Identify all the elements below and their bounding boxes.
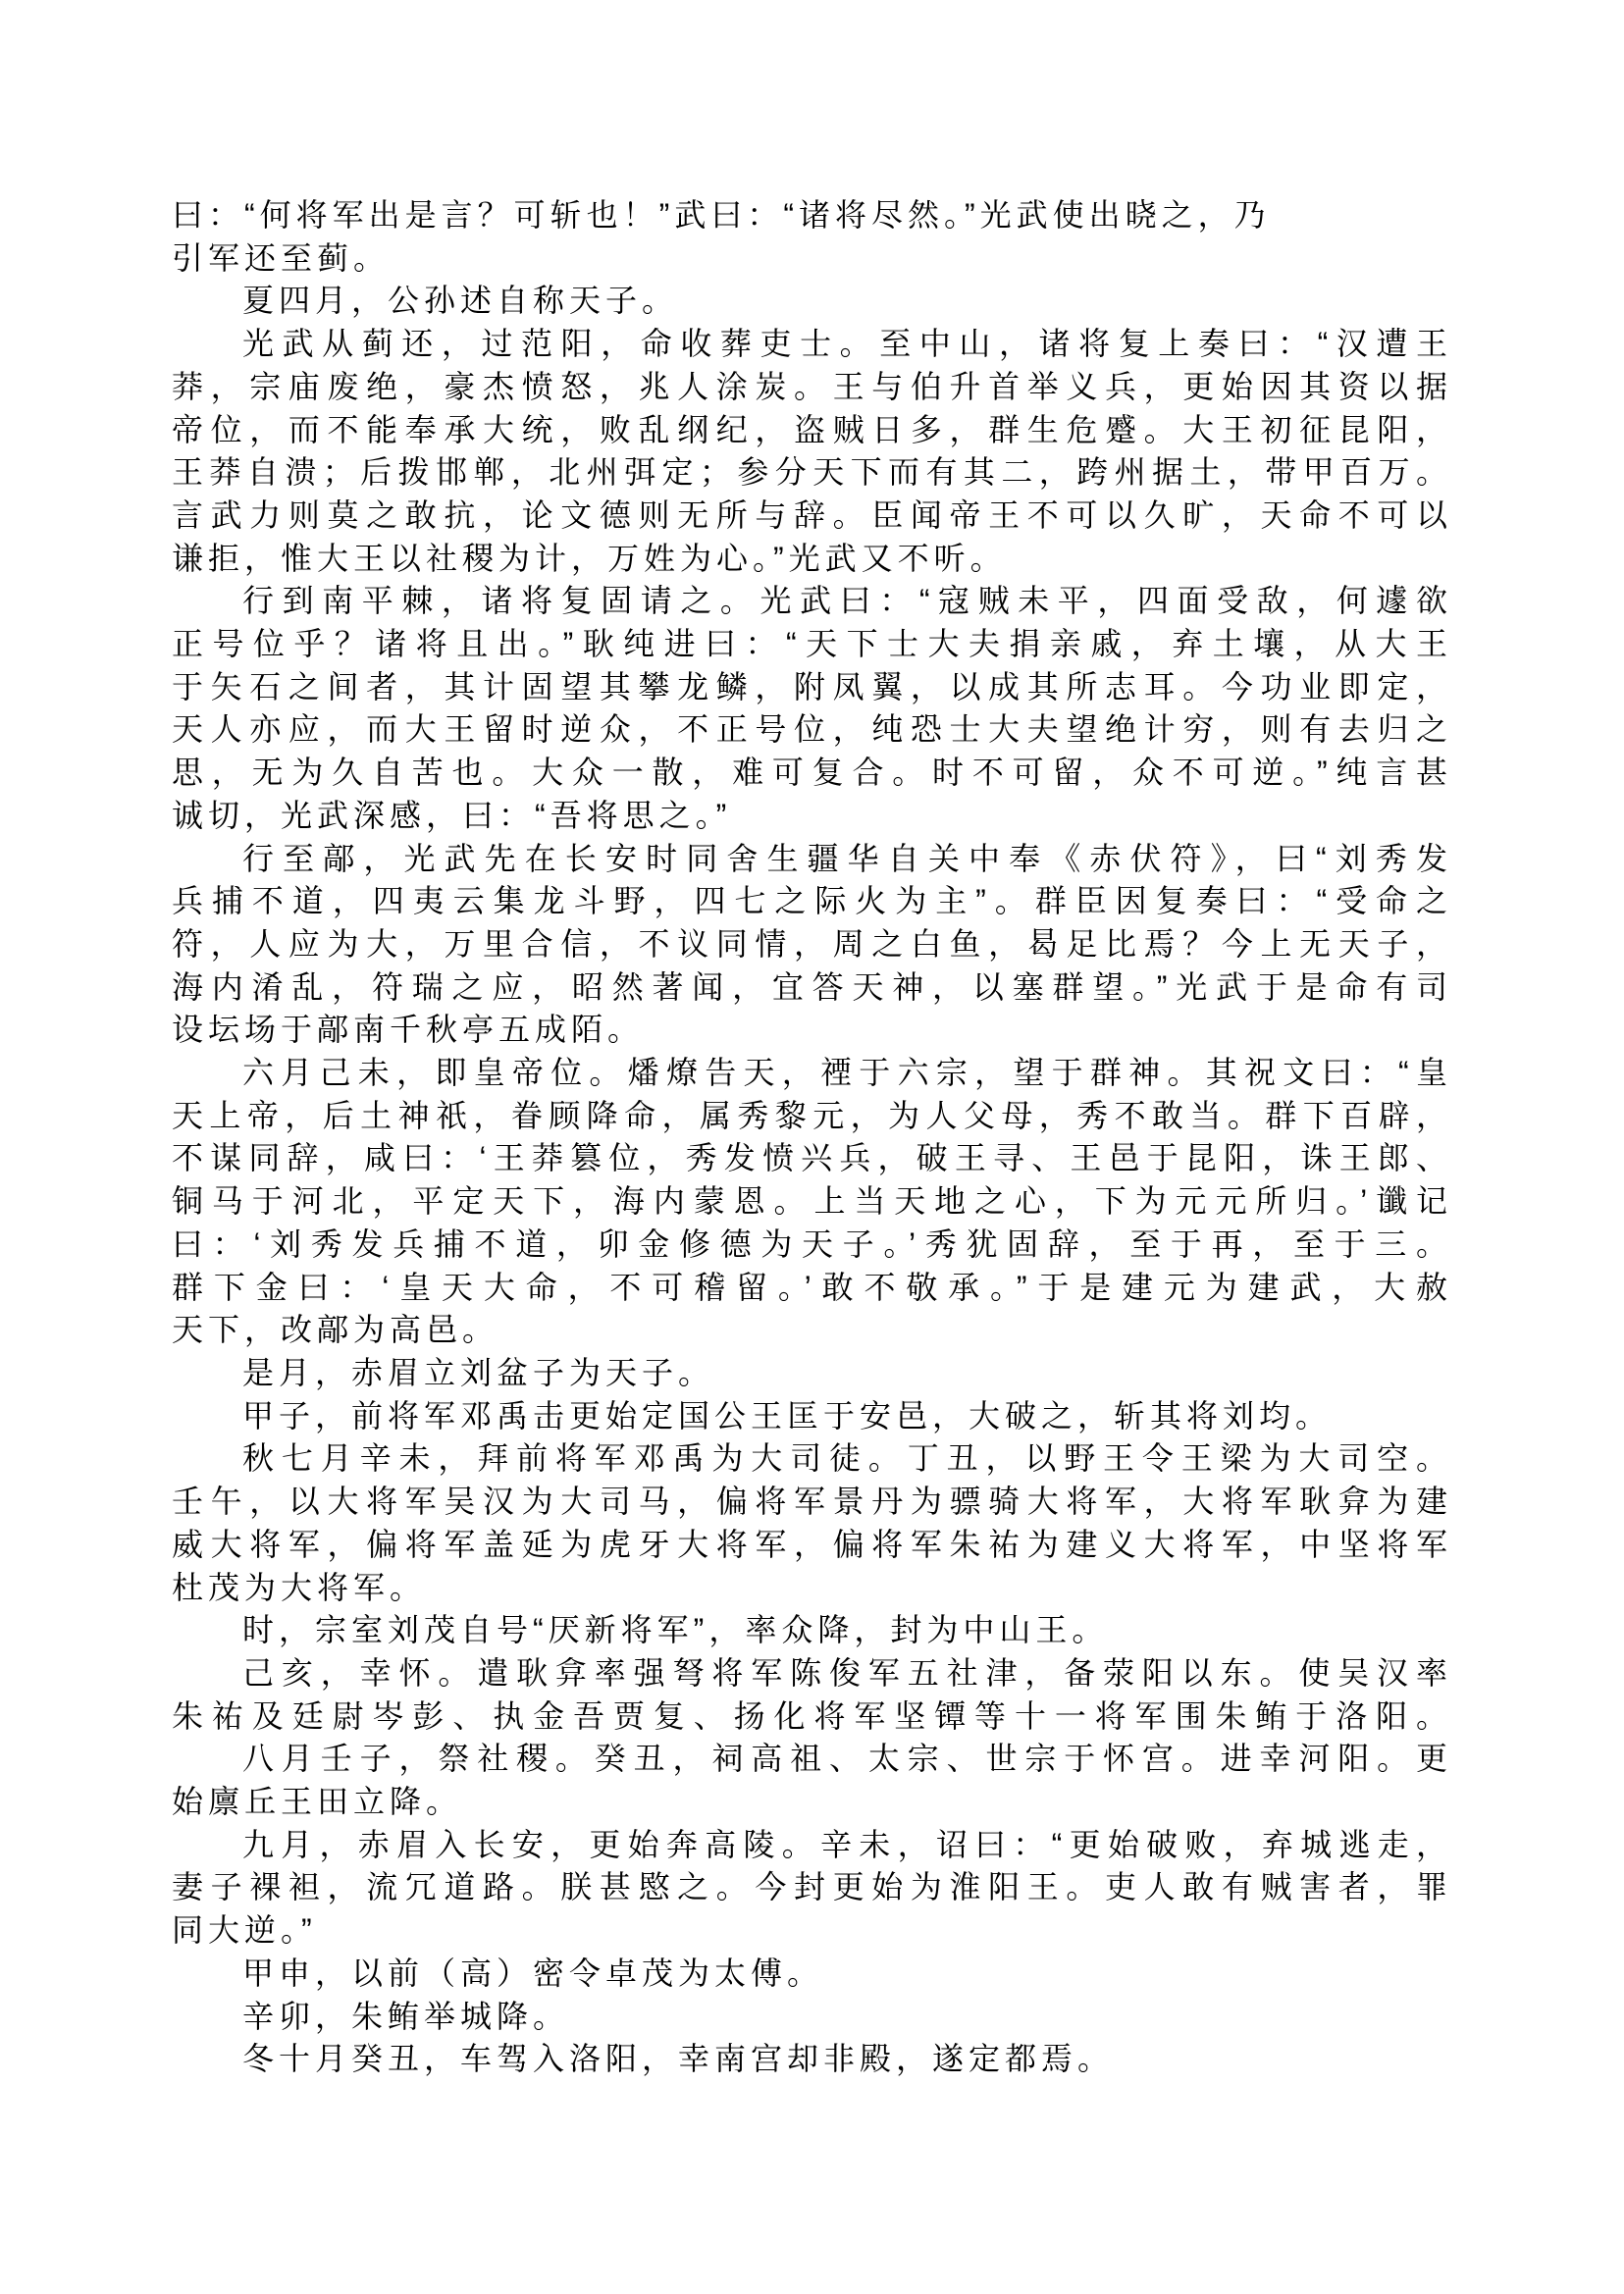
text-line: 天上帝，后土神祇，眷顾降命，属秀黎元，为人父母，秀不敢当。群下百辟， [172,1095,1452,1138]
text-line: 谦拒，惟大王以社稷为计，万姓为心。”光武又不听。 [172,538,1452,581]
text-line: 言武力则莫之敢抗，论文德则无所与辞。臣闻帝王不可以久旷，天命不可以 [172,495,1452,538]
text-line: 曰：“何将军出是言？可斩也！”武曰：“诸将尽然。”光武使出晓之，乃 [172,194,1452,237]
text-line: 于矢石之间者，其计固望其攀龙鳞，附凤翼，以成其所志耳。今功业即定， [172,666,1452,709]
text-line: 是月，赤眉立刘盆子为天子。 [172,1352,1452,1395]
text-line: 王莽自溃；后拨邯郸，北州弭定；参分天下而有其二，跨州据土，带甲百万。 [172,451,1452,495]
text-line: 天人亦应，而大王留时逆众，不正号位，纯恐士大夫望绝计穷，则有去归之 [172,708,1452,752]
text-line: 帝位，而不能奉承大统，败乱纲纪，盗贼日多，群生危蹙。大王初征昆阳， [172,409,1452,452]
text-line: 冬十月癸丑，车驾入洛阳，幸南宫却非殿，遂定都焉。 [172,2038,1452,2081]
text-line: 杜茂为大将军。 [172,1567,1452,1610]
text-line: 甲子，前将军邓禹击更始定国公王匡于安邑，大破之，斩其将刘均。 [172,1395,1452,1438]
text-line: 九月，赤眉入长安，更始奔高陵。辛未，诏曰：“更始破败，弃城逃走， [172,1824,1452,1867]
text-line: 思，无为久自苦也。大众一散，难可复合。时不可留，众不可逆。”纯言甚 [172,752,1452,795]
text-line: 秋七月辛未，拜前将军邓禹为大司徒。丁丑，以野王令王梁为大司空。 [172,1437,1452,1481]
text-line: 八月壬子，祭社稷。癸丑，祠高祖、太宗、世宗于怀宫。进幸河阳。更 [172,1738,1452,1781]
document-page: 曰：“何将军出是言？可斩也！”武曰：“诸将尽然。”光武使出晓之，乃引军还至蓟。夏… [0,0,1624,2294]
text-line: 夏四月，公孙述自称天子。 [172,280,1452,323]
text-line: 符，人应为大，万里合信，不议同情，周之白鱼，曷足比焉？今上无天子， [172,923,1452,966]
text-line: 威大将军，偏将军盖延为虎牙大将军，偏将军朱祐为建义大将军，中坚将军 [172,1524,1452,1567]
text-line: 铜马于河北，平定天下，海内蒙恩。上当天地之心，下为元元所归。’谶记 [172,1180,1452,1224]
text-line: 设坛场于鄗南千秋亭五成陌。 [172,1009,1452,1052]
text-line: 诚切，光武深感，曰：“吾将思之。” [172,795,1452,838]
text-line: 天下，改鄗为高邑。 [172,1309,1452,1352]
text-line: 行至鄗，光武先在长安时同舍生疆华自关中奉《赤伏符》，曰“刘秀发 [172,838,1452,881]
text-line: 兵捕不道，四夷云集龙斗野，四七之际火为主”。群臣因复奏曰：“受命之 [172,880,1452,923]
text-line: 莽，宗庙废绝，豪杰愤怒，兆人涂炭。王与伯升首举义兵，更始因其资以据 [172,366,1452,409]
text-line: 辛卯，朱鲔举城降。 [172,1996,1452,2039]
text-block: 曰：“何将军出是言？可斩也！”武曰：“诸将尽然。”光武使出晓之，乃引军还至蓟。夏… [172,194,1452,2081]
text-line: 不谋同辞，咸曰：‘王莽篡位，秀发愤兴兵，破王寻、王邑于昆阳，诛王郎、 [172,1137,1452,1180]
text-line: 光武从蓟还，过范阳，命收葬吏士。至中山，诸将复上奏曰：“汉遭王 [172,323,1452,366]
text-line: 曰：‘刘秀发兵捕不道，卯金修德为天子。’秀犹固辞，至于再，至于三。 [172,1224,1452,1267]
text-line: 海内淆乱，符瑞之应，昭然著闻，宜答天神，以塞群望。”光武于是命有司 [172,966,1452,1010]
text-line: 同大逆。” [172,1909,1452,1953]
text-line: 妻子裸袒，流冗道路。朕甚愍之。今封更始为淮阳王。吏人敢有贼害者，罪 [172,1866,1452,1909]
text-line: 引军还至蓟。 [172,237,1452,281]
text-line: 朱祐及廷尉岑彭、执金吾贾复、扬化将军坚镡等十一将军围朱鲔于洛阳。 [172,1695,1452,1739]
text-line: 正号位乎？诸将且出。”耿纯进曰：“天下士大夫捐亲戚，弃土壤，从大王 [172,623,1452,666]
text-line: 壬午，以大将军吴汉为大司马，偏将军景丹为骠骑大将军，大将军耿弇为建 [172,1481,1452,1524]
text-line: 己亥，幸怀。遣耿弇率强弩将军陈俊军五社津，备荥阳以东。使吴汉率 [172,1652,1452,1695]
text-line: 六月己未，即皇帝位。燔燎告天，禋于六宗，望于群神。其祝文曰：“皇 [172,1052,1452,1095]
text-line: 时，宗室刘茂自号“厌新将军”，率众降，封为中山王。 [172,1609,1452,1652]
text-line: 甲申，以前（高）密令卓茂为太傅。 [172,1953,1452,1996]
text-line: 群下金曰：‘皇天大命，不可稽留。’敢不敬承。”于是建元为建武，大赦 [172,1267,1452,1310]
text-line: 行到南平棘，诸将复固请之。光武曰：“寇贼未平，四面受敌，何遽欲 [172,580,1452,623]
text-line: 始廪丘王田立降。 [172,1781,1452,1824]
